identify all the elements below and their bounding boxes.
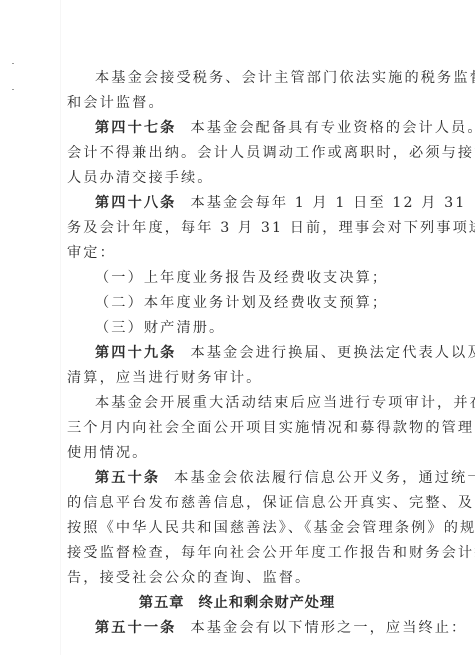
line-text: （二）本年度业务计划及经费收支预算；	[95, 295, 388, 311]
line-text: 使用情况。	[67, 445, 148, 461]
list-item: （一）上年度业务报告及经费收支决算；	[67, 266, 407, 291]
article-47-line: 第四十七条本基金会配备具有专业资格的会计人员。	[67, 116, 407, 141]
scan-speck	[12, 63, 14, 64]
paragraph-line: 三个月内向社会全面公开项目实施情况和募得款物的管理	[67, 416, 407, 441]
paragraph-line: 按照《中华人民共和国慈善法》、《基金会管理条例》的规定	[67, 516, 407, 541]
chapter-number: 第五章	[139, 595, 185, 611]
line-text: 审定：	[67, 245, 116, 261]
list-item: （三）财产清册。	[67, 316, 407, 341]
article-51-line: 第五十一条本基金会有以下情形之一，应当终止：	[67, 616, 407, 641]
line-text: （一）上年度业务报告及经费收支决算；	[95, 270, 388, 286]
paragraph-line: 审定：	[67, 241, 407, 266]
article-48-line: 第四十八条本基金会每年 1 月 1 日至 12 月 31 日为业	[67, 191, 407, 216]
line-text: （三）财产清册。	[95, 320, 225, 336]
line-text: 本基金会每年 1 月 1 日至 12 月 31 日为业	[190, 195, 475, 211]
article-number: 第五十条	[95, 470, 160, 486]
article-number: 第四十八条	[95, 195, 176, 211]
article-49-line: 第四十九条本基金会进行换届、更换法定代表人以及	[67, 341, 407, 366]
article-number: 第四十九条	[95, 345, 176, 361]
line-text: 的信息平台发布慈善信息，保证信息公开真实、完整、及时。	[67, 495, 475, 511]
paragraph-line: 人员办清交接手续。	[67, 166, 407, 191]
line-text: 人员办清交接手续。	[67, 170, 214, 186]
paragraph-line: 使用情况。	[67, 441, 407, 466]
paragraph-line: 清算，应当进行财务审计。	[67, 366, 407, 391]
line-text: 和会计监督。	[67, 95, 165, 111]
article-50-line: 第五十条本基金会依法履行信息公开义务，通过统一	[67, 466, 407, 491]
paragraph-line: 会计不得兼出纳。会计人员调动工作或离职时，必须与接管	[67, 141, 407, 166]
line-text: 三个月内向社会全面公开项目实施情况和募得款物的管理	[67, 420, 474, 436]
line-text: 清算，应当进行财务审计。	[67, 370, 262, 386]
line-text: 本基金会依法履行信息公开义务，通过统一	[174, 470, 475, 486]
article-number: 第四十七条	[95, 120, 176, 136]
line-text: 务及会计年度，每年 3 月 31 日前，理事会对下列事项进行	[67, 220, 475, 236]
paragraph-line: 本基金会开展重大活动结束后应当进行专项审计，并在	[67, 391, 407, 416]
paragraph-line: 接受监督检查，每年向社会公开年度工作报告和财务会计报	[67, 541, 407, 566]
line-text: 本基金会开展重大活动结束后应当进行专项审计，并在	[95, 395, 475, 411]
paragraph-line: 告，接受社会公众的查询、监督。	[67, 566, 407, 591]
paragraph-line: 务及会计年度，每年 3 月 31 日前，理事会对下列事项进行	[67, 216, 407, 241]
line-text: 本基金会配备具有专业资格的会计人员。	[190, 120, 475, 136]
document-body: 本基金会接受税务、会计主管部门依法实施的税务监督 和会计监督。 第四十七条本基金…	[67, 66, 407, 641]
line-text: 按照《中华人民共和国慈善法》、《基金会管理条例》的规定	[67, 520, 475, 536]
scan-speck	[12, 89, 14, 90]
paragraph-line: 本基金会接受税务、会计主管部门依法实施的税务监督	[67, 66, 407, 91]
line-text: 接受监督检查，每年向社会公开年度工作报告和财务会计报	[67, 545, 475, 561]
line-text: 告，接受社会公众的查询、监督。	[67, 570, 311, 586]
chapter-title: 终止和剩余财产处理	[198, 595, 335, 611]
article-number: 第五十一条	[95, 620, 176, 636]
scan-edge-divider	[60, 0, 61, 655]
paragraph-line: 和会计监督。	[67, 91, 407, 116]
line-text: 本基金会进行换届、更换法定代表人以及	[190, 345, 475, 361]
document-page: 本基金会接受税务、会计主管部门依法实施的税务监督 和会计监督。 第四十七条本基金…	[0, 0, 475, 655]
line-text: 会计不得兼出纳。会计人员调动工作或离职时，必须与接管	[67, 145, 475, 161]
paragraph-line: 的信息平台发布慈善信息，保证信息公开真实、完整、及时。	[67, 491, 407, 516]
chapter-heading: 第五章终止和剩余财产处理	[67, 591, 407, 616]
line-text: 本基金会有以下情形之一，应当终止：	[190, 620, 467, 636]
list-item: （二）本年度业务计划及经费收支预算；	[67, 291, 407, 316]
line-text: 本基金会接受税务、会计主管部门依法实施的税务监督	[95, 70, 475, 86]
